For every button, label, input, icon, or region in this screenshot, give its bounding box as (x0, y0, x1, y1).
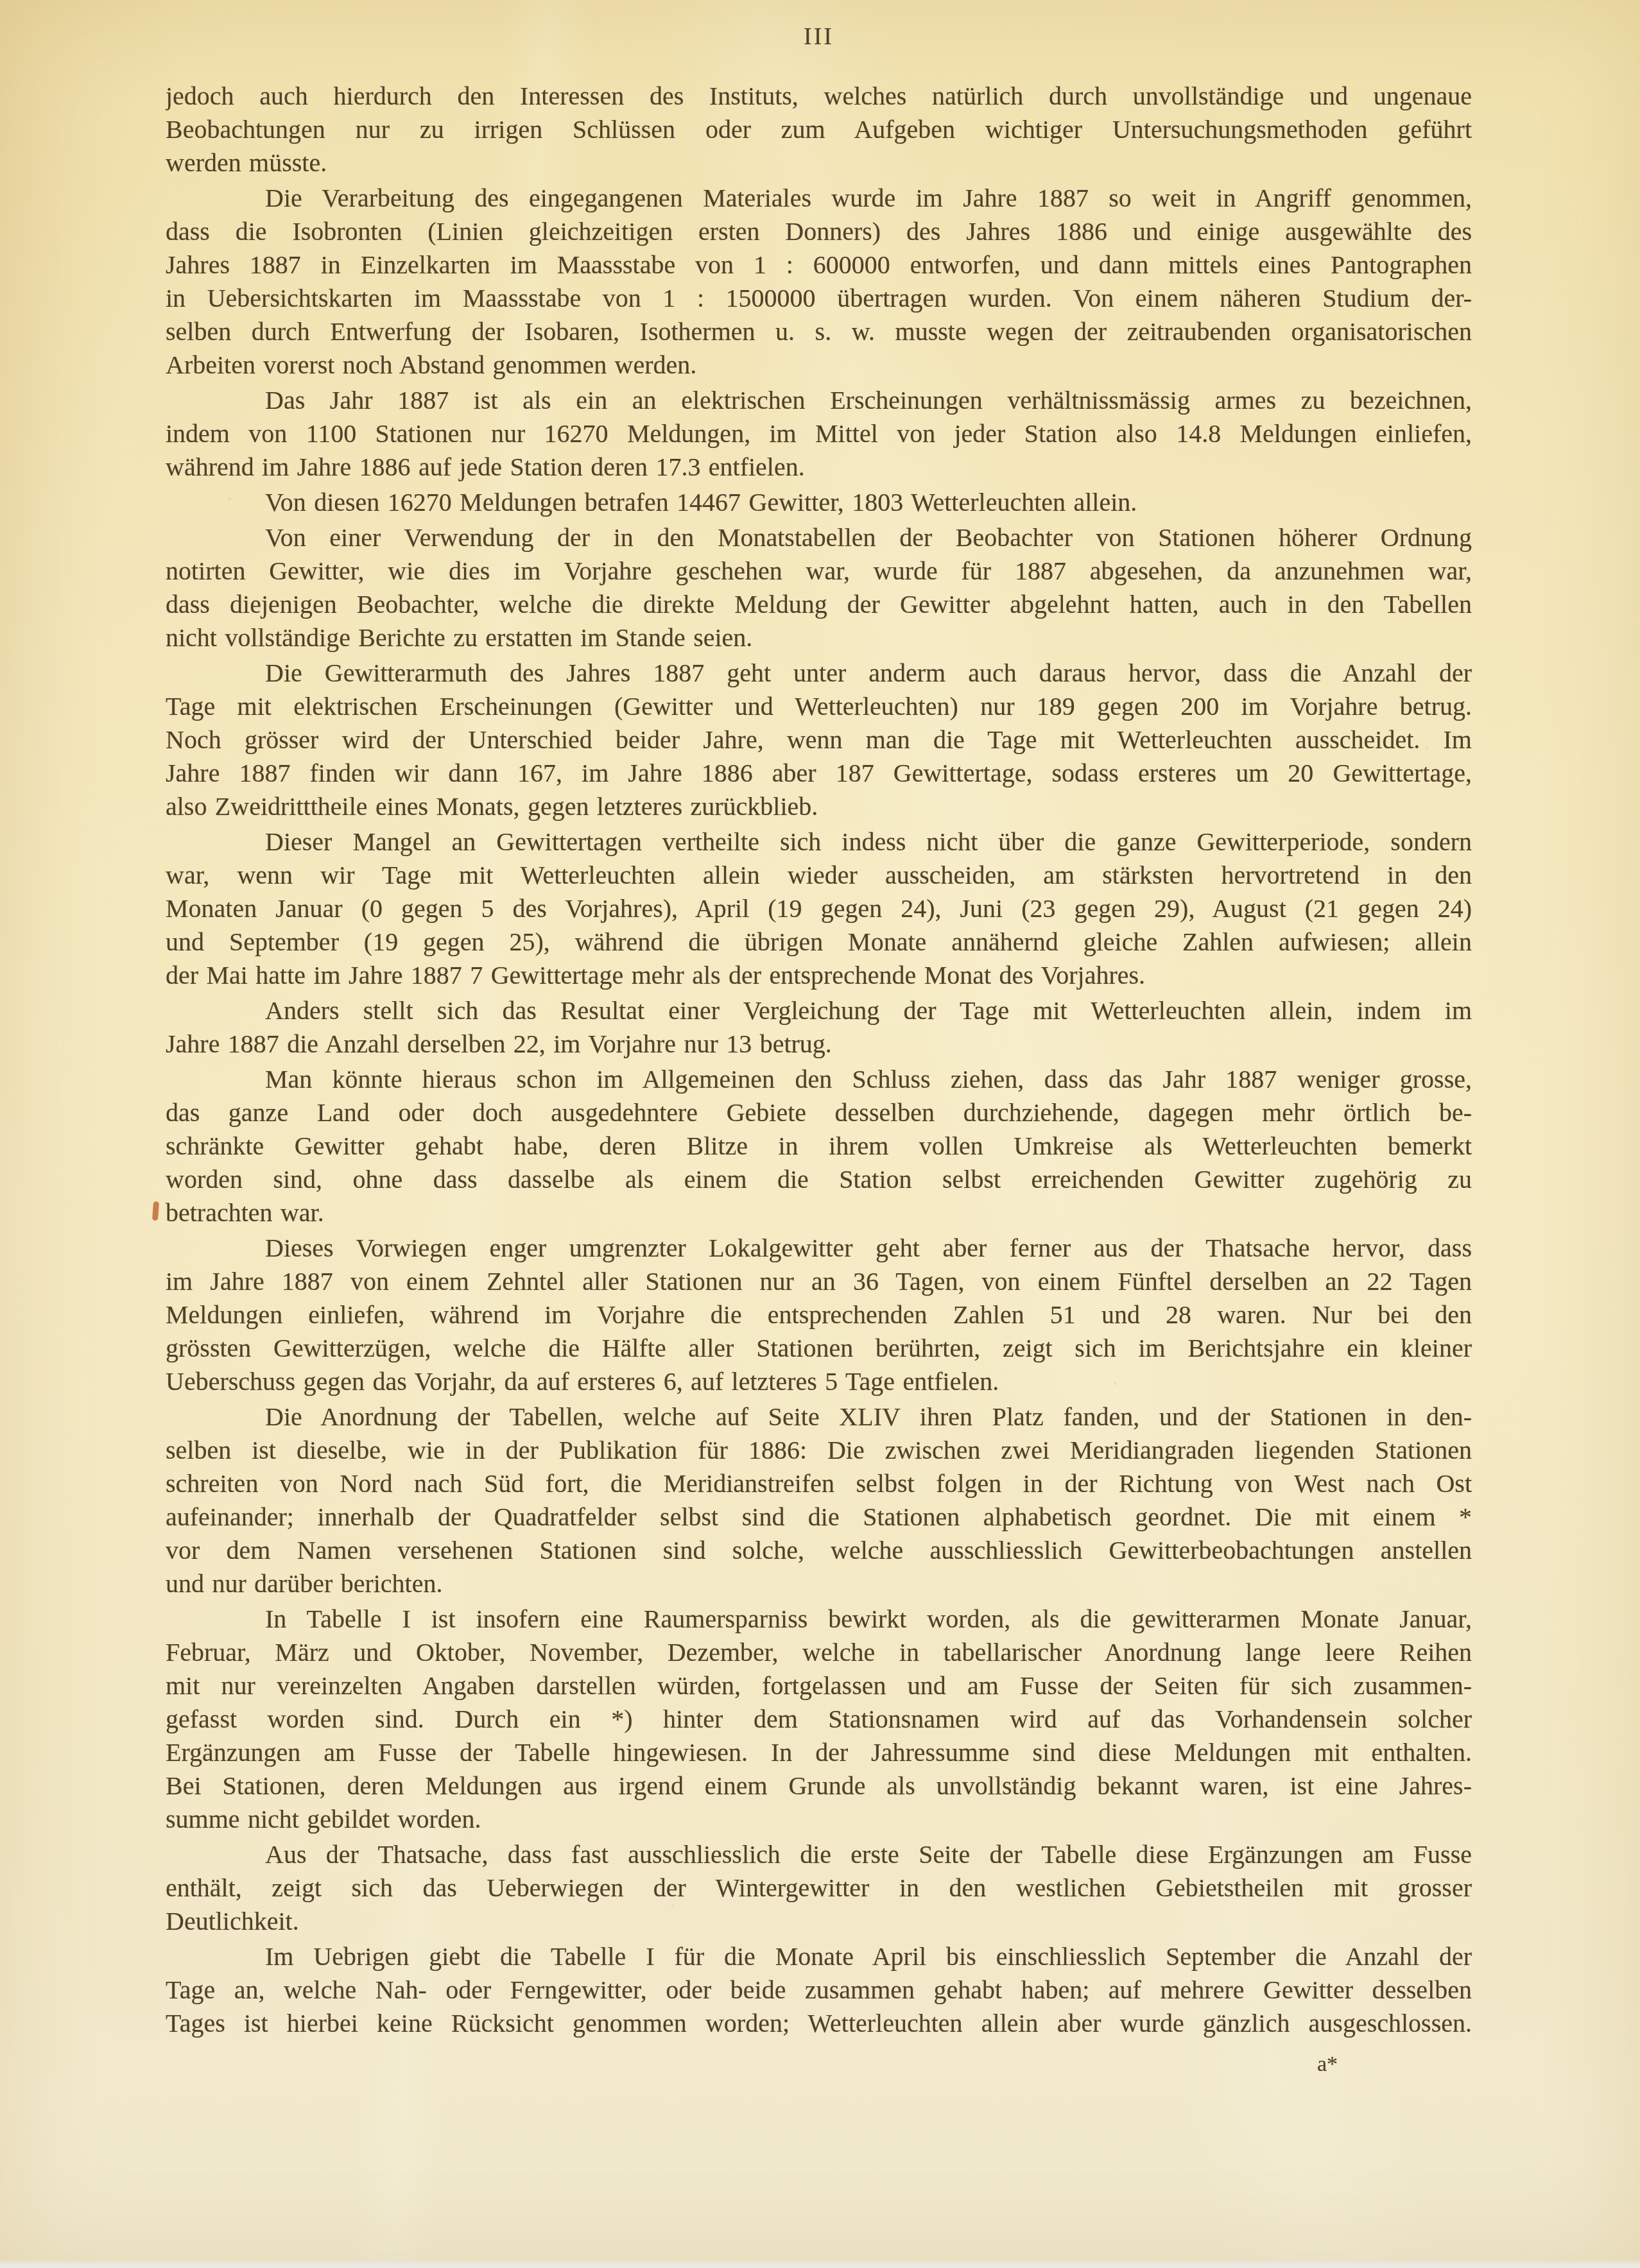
text-line: Tage mit elektrischen Erscheinungen (Gew… (166, 690, 1472, 723)
text-line: betrachten war. (166, 1196, 1472, 1230)
paragraph: Man könnte hieraus schon im Allgemeinen … (166, 1063, 1472, 1230)
text-line: grössten Gewitterzügen, welche die Hälft… (166, 1332, 1472, 1365)
text-line: mit nur vereinzelten Angaben darstellen … (166, 1669, 1472, 1703)
text-line: Jahre 1887 finden wir dann 167, im Jahre… (166, 757, 1472, 790)
paragraph: In Tabelle I ist insofern eine Raumerspa… (166, 1602, 1472, 1836)
paragraph: Von einer Verwendung der in den Monatsta… (166, 521, 1472, 655)
text-line: Monaten Januar (0 gegen 5 des Vorjahres)… (166, 892, 1472, 925)
text-line: aufeinander; innerhalb der Quadratfelder… (166, 1500, 1472, 1534)
text-line: summe nicht gebildet worden. (166, 1803, 1472, 1836)
text-line: Noch grösser wird der Unterschied beider… (166, 723, 1472, 757)
signature-mark: a* (1317, 2054, 1338, 2075)
text-line: Februar, März und Oktober, November, Dez… (166, 1636, 1472, 1669)
text-line: Von einer Verwendung der in den Monatsta… (166, 521, 1472, 554)
text-line: Die Gewitterarmuth des Jahres 1887 geht … (166, 657, 1472, 690)
text-line: Man könnte hieraus schon im Allgemeinen … (166, 1063, 1472, 1096)
text-line: dass diejenigen Beobachter, welche die d… (166, 588, 1472, 621)
text-line: Im Uebrigen giebt die Tabelle I für die … (166, 1940, 1472, 1973)
text-line: Von diesen 16270 Meldungen betrafen 1446… (166, 486, 1472, 519)
paragraph: Anders stellt sich das Resultat einer Ve… (166, 994, 1472, 1061)
text-line: war, wenn wir Tage mit Wetterleuchten al… (166, 859, 1472, 892)
text-line: dass die Isobronten (Linien gleichzeitig… (166, 215, 1472, 248)
text-line: und September (19 gegen 25), während die… (166, 925, 1472, 959)
text-line: Jahres 1887 in Einzelkarten im Maassstab… (166, 248, 1472, 282)
page-number: III (166, 24, 1472, 49)
margin-stain (152, 1201, 159, 1221)
text-line: selben ist dieselbe, wie in der Publikat… (166, 1434, 1472, 1467)
text-line: Meldungen einliefen, während im Vorjahre… (166, 1298, 1472, 1332)
paragraph: Die Verarbeitung des eingegangenen Mater… (166, 182, 1472, 382)
text-block: jedoch auch hierdurch den Interessen des… (166, 80, 1472, 2040)
text-line: Bei Stationen, deren Meldungen aus irgen… (166, 1769, 1472, 1803)
text-line: Ergänzungen am Fusse der Tabelle hingewi… (166, 1736, 1472, 1769)
scanned-document-page: III jedoch auch hierdurch den Interessen… (0, 0, 1640, 2268)
text-line: Die Verarbeitung des eingegangenen Mater… (166, 182, 1472, 215)
scan-edge (0, 2260, 1640, 2268)
paragraph: Aus der Thatsache, dass fast ausschliess… (166, 1838, 1472, 1938)
paragraph: Dieser Mangel an Gewittertagen vertheilt… (166, 825, 1472, 992)
text-line: Dieser Mangel an Gewittertagen vertheilt… (166, 825, 1472, 859)
text-line: jedoch auch hierdurch den Interessen des… (166, 80, 1472, 113)
text-line: während im Jahre 1886 auf jede Station d… (166, 451, 1472, 484)
text-line: schreiten von Nord nach Süd fort, die Me… (166, 1467, 1472, 1500)
text-line: der Mai hatte im Jahre 1887 7 Gewitterta… (166, 959, 1472, 992)
text-line: selben durch Entwerfung der Isobaren, Is… (166, 315, 1472, 348)
paragraph: Die Anordnung der Tabellen, welche auf S… (166, 1400, 1472, 1601)
text-line: Deutlichkeit. (166, 1905, 1472, 1938)
text-line: Beobachtungen nur zu irrigen Schlüssen o… (166, 113, 1472, 146)
text-line: worden sind, ohne dass dasselbe als eine… (166, 1163, 1472, 1196)
text-line: Jahre 1887 die Anzahl derselben 22, im V… (166, 1027, 1472, 1061)
text-line: im Jahre 1887 von einem Zehntel aller St… (166, 1265, 1472, 1298)
text-line: In Tabelle I ist insofern eine Raumerspa… (166, 1602, 1472, 1636)
text-line: in Uebersichtskarten im Maassstabe von 1… (166, 282, 1472, 315)
text-line: schränkte Gewitter gehabt habe, deren Bl… (166, 1130, 1472, 1163)
text-line: nicht vollständige Berichte zu erstatten… (166, 621, 1472, 655)
text-line: gefasst worden sind. Durch ein *) hinter… (166, 1703, 1472, 1736)
text-line: und nur darüber berichten. (166, 1567, 1472, 1601)
text-line: vor dem Namen versehenen Stationen sind … (166, 1534, 1472, 1567)
paragraph: Von diesen 16270 Meldungen betrafen 1446… (166, 486, 1472, 519)
paragraph: Die Gewitterarmuth des Jahres 1887 geht … (166, 657, 1472, 823)
paragraph: jedoch auch hierdurch den Interessen des… (166, 80, 1472, 180)
text-line: Das Jahr 1887 ist als ein an elektrische… (166, 384, 1472, 417)
text-line: Tages ist hierbei keine Rücksicht genomm… (166, 2007, 1472, 2040)
text-line: Tage an, welche Nah- oder Ferngewitter, … (166, 1973, 1472, 2007)
text-line: Dieses Vorwiegen enger umgrenzter Lokalg… (166, 1232, 1472, 1265)
text-line: werden müsste. (166, 146, 1472, 180)
text-line: Aus der Thatsache, dass fast ausschliess… (166, 1838, 1472, 1871)
text-line: Anders stellt sich das Resultat einer Ve… (166, 994, 1472, 1027)
text-line: indem von 1100 Stationen nur 16270 Meldu… (166, 417, 1472, 451)
text-line: also Zweidritttheile eines Monats, gegen… (166, 790, 1472, 823)
text-line: notirten Gewitter, wie dies im Vorjahre … (166, 554, 1472, 588)
text-line: Ueberschuss gegen das Vorjahr, da auf er… (166, 1365, 1472, 1398)
text-line: enthält, zeigt sich das Ueberwiegen der … (166, 1871, 1472, 1905)
text-line: das ganze Land oder doch ausgedehntere G… (166, 1096, 1472, 1130)
text-line: Arbeiten vorerst noch Abstand genommen w… (166, 348, 1472, 382)
text-line: Die Anordnung der Tabellen, welche auf S… (166, 1400, 1472, 1434)
paragraph: Dieses Vorwiegen enger umgrenzter Lokalg… (166, 1232, 1472, 1398)
paragraph: Im Uebrigen giebt die Tabelle I für die … (166, 1940, 1472, 2040)
paragraph: Das Jahr 1887 ist als ein an elektrische… (166, 384, 1472, 484)
